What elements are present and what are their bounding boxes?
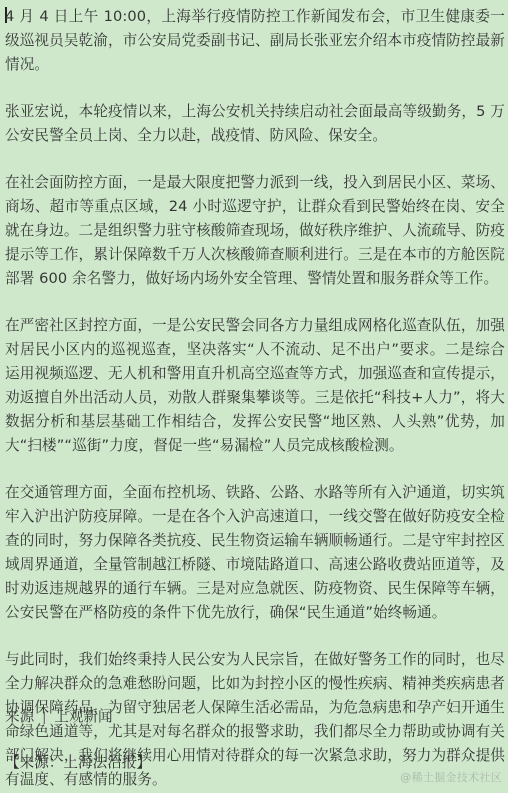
article-body: 4 月 4 日上午 10:00，上海举行疫情防控工作新闻发布会，市卫生健康委一级… (5, 5, 505, 792)
source-separator: | (42, 710, 46, 724)
source-value: 上观新闻 (54, 708, 112, 725)
credit-line: 【来源：上海法治报】 (5, 751, 151, 775)
paragraph-community-lockdown: 在严密社区封控方面，一是公安民警会同各方力量组成网格化巡查队伍，加强对居民小区内… (5, 314, 505, 458)
source-label: 来源 (5, 708, 34, 725)
paragraph-overview: 张亚宏说，本轮疫情以来，上海公安机关持续启动社会面最高等级勤务，5 万公安民警全… (5, 100, 505, 148)
watermark: @稀土掘金技术社区 (400, 769, 502, 785)
paragraph-intro[interactable]: 4 月 4 日上午 10:00，上海举行疫情防控工作新闻发布会，市卫生健康委一级… (5, 5, 505, 77)
paragraph-intro-text: 4 月 4 日上午 10:00，上海举行疫情防控工作新闻发布会，市卫生健康委一级… (5, 8, 505, 73)
paragraph-traffic-management: 在交通管理方面，全面布控机场、铁路、公路、水路等所有入沪通道，切实筑牢入沪出沪防… (5, 481, 505, 625)
paragraph-social-control: 在社会面防控方面，一是最大限度把警力派到一线，投入到居民小区、菜场、商场、超市等… (5, 171, 505, 291)
source-line: 来源|上观新闻 (5, 705, 113, 729)
